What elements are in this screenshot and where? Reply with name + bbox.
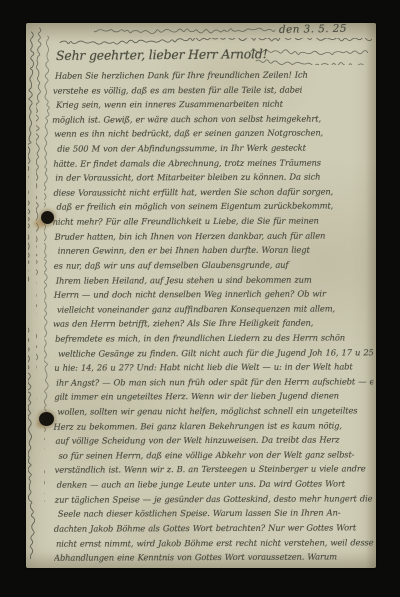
handwriting-line: befremdete es mich, in den freundlichen …	[53, 330, 373, 346]
handwriting-line: die 500 M von der Abfindungssumme, in Ih…	[52, 140, 372, 156]
margin-note-column	[28, 31, 35, 559]
handwriting-line: Ihrem lieben Heiland, auf Jesu stehen u …	[53, 272, 373, 288]
handwriting-line: Krieg sein, wenn ein inneres Zusammenarb…	[52, 97, 372, 113]
handwriting-line: wollen, sollten wir genau nicht helfen, …	[53, 403, 373, 419]
handwriting-line: verstehe es völlig, daß es am besten für…	[52, 82, 372, 98]
handwriting-line: Seele nach dieser köstlichen Speise. War…	[54, 506, 374, 522]
handwriting-line: diese Voraussicht nicht erfüllt hat, wer…	[52, 184, 372, 200]
handwriting-line: denken — auch an liebe junge Leute unter…	[54, 476, 374, 492]
handwriting-line: inneren Gewinn, den er bei Ihnen haben d…	[53, 243, 373, 259]
handwriting-line: auf völlige Scheidung von der Welt hinzu…	[54, 433, 374, 449]
handwriting-line: möglich ist. Gewiß, er wäre auch schon v…	[52, 111, 372, 127]
handwriting-line: gilt immer ein ungeteiltes Herz. Wenn wi…	[53, 389, 373, 405]
margin-note-column	[44, 35, 51, 555]
handwriting-line: es nur, daß wir uns auf demselben Glaube…	[53, 257, 373, 273]
handwriting-line: ihr Angst? — Ob man sich nun früh oder s…	[53, 374, 373, 390]
letter-body: Haben Sie herzlichen Dank für Ihre freun…	[52, 67, 374, 568]
handwriting-line: Bruder hatten, bin ich Ihnen von Herzen …	[53, 228, 373, 244]
punch-hole	[41, 211, 54, 224]
letter-page: den 3. 5. 25 Sehr geehrter, lieber Herr …	[26, 23, 376, 568]
handwriting-line: vielleicht voneinander ganz auffindbaren…	[53, 301, 373, 317]
handwriting-line: nicht mehr? Für alle Freundlichkeit u Li…	[53, 213, 373, 229]
handwriting-line: Herz zu bekommen. Bei ganz klaren Bekehr…	[53, 418, 373, 434]
handwriting-line: Haben Sie herzlichen Dank für Ihre freun…	[52, 67, 372, 83]
handwriting-line: daß er freilich ein möglich von seinem E…	[52, 199, 372, 215]
handwriting-line: u hie: 14, 26 u 27? Und: Habt nicht lieb…	[53, 359, 373, 375]
salutation: Sehr geehrter, lieber Herr Arnold!	[56, 46, 281, 67]
inverted-top-note	[94, 25, 276, 35]
handwriting-line: nicht ernst nimmt, wird Jakob Böhme erst…	[54, 535, 374, 551]
handwriting-line: verständlich ist. Wenn wir z. B. an Ters…	[54, 462, 374, 478]
handwriting-line: in der Voraussicht, dort Mitarbeiter ble…	[52, 170, 372, 186]
handwriting-line: dachten Jakob Böhme als Gottes Wort betr…	[54, 520, 374, 536]
handwriting-line: weltliche Gesänge zu finden. Gilt nicht …	[53, 345, 373, 361]
punch-hole	[39, 412, 54, 426]
handwriting-line: Abhandlungen eine Kenntnis von Gottes Wo…	[54, 549, 374, 565]
handwriting-line: was den Herrn betrifft, ziehen? Als Sie …	[53, 316, 373, 332]
scan-background: den 3. 5. 25 Sehr geehrter, lieber Herr …	[0, 0, 400, 597]
handwriting-line: Herrn — und doch nicht denselben Weg inn…	[53, 286, 373, 302]
handwriting-line: wenn es ihn nicht bedrückt, daß er seine…	[52, 126, 372, 142]
handwriting-line: so für seinen Herrn, daß eine völlige Ab…	[54, 447, 374, 463]
handwriting-line: hätte. Er findet damals die Abrechnung, …	[52, 155, 372, 171]
margin-note-column	[36, 27, 43, 563]
letter-date: den 3. 5. 25	[279, 22, 379, 39]
handwriting-line: zur täglichen Speise — je gesünder das G…	[54, 491, 374, 507]
